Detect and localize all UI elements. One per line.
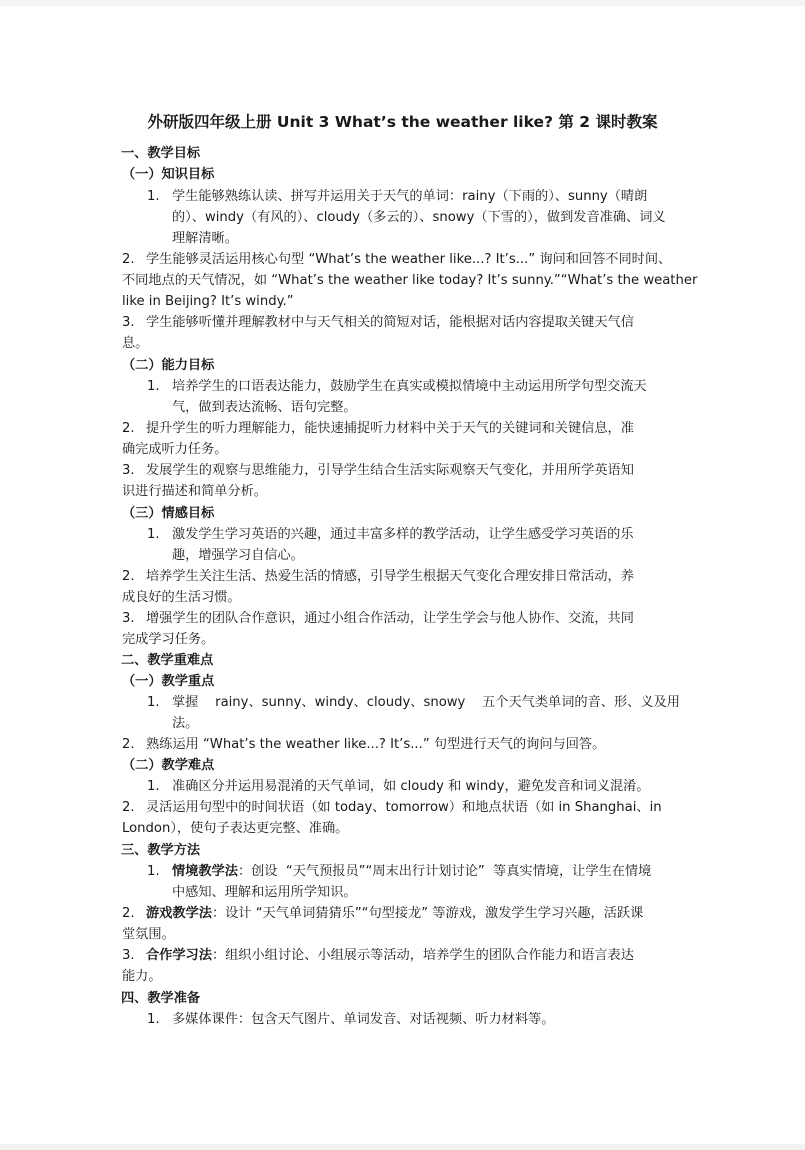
document-page: 外研版四年级上册 Unit 3 What’s the weather like?… bbox=[0, 6, 805, 1144]
section-heading: 三、教学方法 bbox=[121, 840, 200, 861]
list-number: 1. bbox=[147, 376, 160, 397]
list-number: 2. bbox=[122, 734, 135, 755]
list-number: 2. bbox=[122, 418, 135, 439]
list-item-line: 提升学生的听力理解能力，能快速捕捉听力材料中关于天气的关键词和关键信息，准 bbox=[146, 418, 634, 439]
list-item-line: 激发学生学习英语的兴趣，通过丰富多样的教学活动，让学生感受学习英语的乐 bbox=[172, 524, 634, 545]
list-number: 2. bbox=[122, 566, 135, 587]
list-item-line: 识进行描述和简单分析。 bbox=[122, 481, 267, 502]
list-number: 3. bbox=[122, 945, 135, 966]
list-number: 3. bbox=[122, 608, 135, 629]
section-heading: 一、教学目标 bbox=[121, 143, 200, 164]
list-item-line: 完成学习任务。 bbox=[122, 629, 214, 650]
list-item-line: 能力。 bbox=[122, 966, 162, 987]
section-heading: 二、教学重难点 bbox=[121, 650, 213, 671]
subsection-heading: （一）知识目标 bbox=[122, 164, 214, 185]
list-item-line: 堂氛围。 bbox=[122, 924, 175, 945]
list-item-line: 中感知、理解和运用所学知识。 bbox=[172, 882, 357, 903]
list-item-line: 情境教学法：创设 “天气预报员”“周末出行计划讨论” 等真实情境，让学生在情境 bbox=[172, 861, 651, 882]
list-number: 2. bbox=[122, 903, 135, 924]
list-item-line: 增强学生的团队合作意识，通过小组合作活动，让学生学会与他人协作、交流，共同 bbox=[146, 608, 634, 629]
list-number: 1. bbox=[147, 692, 160, 713]
list-item-line: 灵活运用句型中的时间状语（如 today、tomorrow）和地点状语（如 in… bbox=[146, 797, 662, 818]
list-number: 3. bbox=[122, 312, 135, 333]
list-item-line: 学生能够听懂并理解教材中与天气相关的简短对话，能根据对话内容提取关键天气信 bbox=[146, 312, 634, 333]
document-title: 外研版四年级上册 Unit 3 What’s the weather like?… bbox=[0, 110, 805, 134]
list-item-line: 合作学习法：组织小组讨论、小组展示等活动，培养学生的团队合作能力和语言表达 bbox=[146, 945, 634, 966]
list-item-line: 准确区分并运用易混淆的天气单词，如 cloudy 和 windy，避免发音和词义… bbox=[172, 776, 650, 797]
list-number: 1. bbox=[147, 1009, 160, 1030]
subsection-heading: （二）能力目标 bbox=[122, 355, 214, 376]
list-number: 1. bbox=[147, 861, 160, 882]
list-item-line: 培养学生的口语表达能力，鼓励学生在真实或模拟情境中主动运用所学句型交流天 bbox=[172, 376, 647, 397]
section-heading: 四、教学准备 bbox=[121, 988, 200, 1009]
list-item-line: 气，做到表达流畅、语句完整。 bbox=[172, 397, 357, 418]
list-item-line: 法。 bbox=[172, 713, 198, 734]
list-item-line: 确完成听力任务。 bbox=[122, 439, 228, 460]
list-number: 2. bbox=[122, 797, 135, 818]
list-number: 1. bbox=[147, 186, 160, 207]
subsection-heading: （一）教学重点 bbox=[122, 671, 214, 692]
list-item-line: 的）、windy（有风的）、cloudy（多云的）、snowy（下雪的），做到发… bbox=[172, 207, 666, 228]
list-number: 3. bbox=[122, 460, 135, 481]
method-description: ：创设 “天气预报员”“周末出行计划讨论” 等真实情境，让学生在情境 bbox=[238, 864, 651, 879]
list-item-line: 息。 bbox=[122, 333, 148, 354]
list-item-line: 发展学生的观察与思维能力，引导学生结合生活实际观察天气变化，并用所学英语知 bbox=[146, 460, 634, 481]
method-description: ：设计 “天气单词猜猜乐”“句型接龙” 等游戏，激发学生学习兴趣，活跃课 bbox=[212, 906, 643, 921]
list-item-line: 理解清晰。 bbox=[172, 228, 238, 249]
list-item-line: 培养学生关注生活、热爱生活的情感，引导学生根据天气变化合理安排日常活动，养 bbox=[146, 566, 634, 587]
list-item-line: 游戏教学法：设计 “天气单词猜猜乐”“句型接龙” 等游戏，激发学生学习兴趣，活跃… bbox=[146, 903, 643, 924]
list-item-line: 多媒体课件：包含天气图片、单词发音、对话视频、听力材料等。 bbox=[172, 1009, 554, 1030]
method-name: 情境教学法 bbox=[172, 864, 238, 879]
list-item-line: like in Beijing? It’s windy.” bbox=[122, 291, 294, 312]
method-name: 游戏教学法 bbox=[146, 906, 212, 921]
list-number: 1. bbox=[147, 524, 160, 545]
subsection-heading: （二）教学难点 bbox=[122, 755, 214, 776]
list-number: 1. bbox=[147, 776, 160, 797]
method-name: 合作学习法 bbox=[146, 948, 212, 963]
list-item-line: 趣，增强学习自信心。 bbox=[172, 545, 304, 566]
list-item-line: 成良好的生活习惯。 bbox=[122, 587, 241, 608]
list-item-line: 学生能够熟练认读、拼写并运用关于天气的单词：rainy（下雨的）、sunny（晴… bbox=[172, 186, 647, 207]
list-item-line: 熟练运用 “What’s the weather like...? It’s..… bbox=[146, 734, 605, 755]
subsection-heading: （三）情感目标 bbox=[122, 503, 214, 524]
list-item-line: 掌握 rainy、sunny、windy、cloudy、snowy 五个天气类单… bbox=[172, 692, 680, 713]
list-item-line: 学生能够灵活运用核心句型 “What’s the weather like...… bbox=[146, 249, 671, 270]
list-item-line: London），使句子表达更完整、准确。 bbox=[122, 818, 348, 839]
method-description: ：组织小组讨论、小组展示等活动，培养学生的团队合作能力和语言表达 bbox=[212, 948, 634, 963]
list-number: 2. bbox=[122, 249, 135, 270]
list-item-line: 不同地点的天气情况，如 “What’s the weather like tod… bbox=[122, 270, 697, 291]
